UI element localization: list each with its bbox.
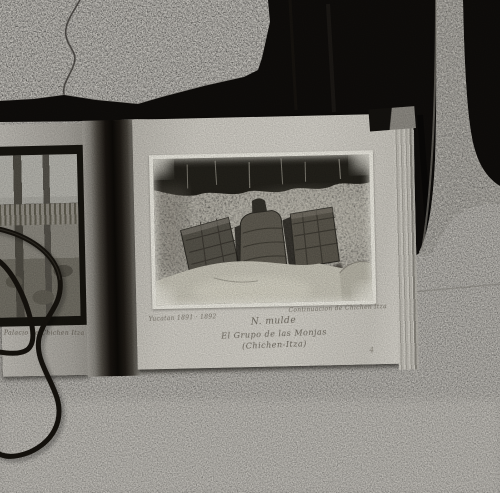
ruin-colonnade	[0, 203, 78, 226]
photograph-scene: Palacio de Chichen Itza	[0, 0, 500, 493]
album-gutter	[82, 120, 140, 377]
album-cover-corner	[368, 106, 416, 131]
album-left-page: Palacio de Chichen Itza	[0, 123, 89, 377]
handwritten-caption: N. mulde El Grupo de las Monjas (Chichen…	[198, 314, 349, 353]
page-mark: 4	[369, 346, 374, 354]
print-carved-stones	[153, 154, 372, 305]
left-page-caption: Palacio de Chichen Itza	[4, 330, 86, 337]
left-page-framed-photo	[0, 145, 90, 327]
album-right-page: Yucatan 1891 · 1892 Continuacion de Chic…	[132, 114, 401, 370]
mounted-photograph	[149, 150, 376, 309]
photo-album: Palacio de Chichen Itza	[0, 113, 421, 378]
